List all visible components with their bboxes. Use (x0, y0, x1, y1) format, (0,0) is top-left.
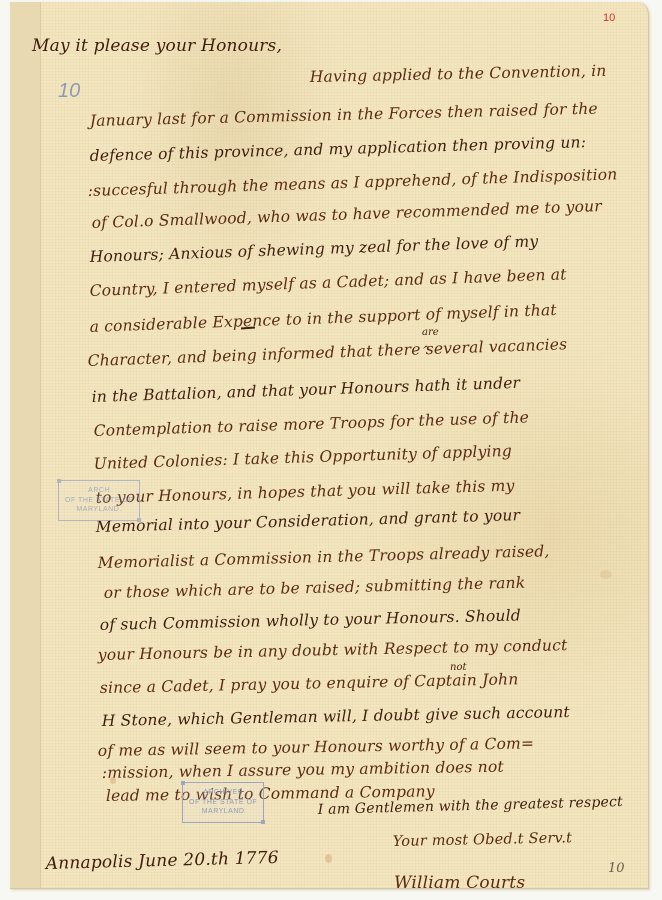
page-number-ink: 10 (608, 861, 625, 876)
body-line-14: Memorial into your Consideration, and gr… (95, 506, 520, 536)
body-line-9: Character, and being informed that there… (87, 335, 567, 370)
page-number-pencil: 10 (58, 80, 80, 103)
body-line-3: defence of this province, and my applica… (89, 133, 586, 165)
body-line-13: to your Honours, in hopes that you will … (95, 477, 514, 507)
body-line-22: :mission, when I assure you my ambition … (102, 758, 504, 782)
signature: William Courts (394, 873, 525, 893)
body-line-18: your Honours be in any doubt with Respec… (98, 636, 568, 664)
stain-spot (600, 570, 612, 579)
stamp-text-line-2: OF THE STATE OF (189, 798, 257, 808)
body-line-5: of Col.o Smallwood, who was to have reco… (91, 197, 602, 232)
body-line-20: H Stone, which Gentleman will, I doubt g… (102, 703, 570, 730)
archive-stamp: ARCHIVES OF THE STATE OF MARYLAND (182, 782, 264, 823)
body-line-2: January last for a Commission in the For… (90, 100, 598, 130)
body-line-12: United Colonies: I take this Opportunity… (93, 442, 512, 473)
body-line-16: or those which are to be raised; submitt… (104, 574, 526, 602)
stamp-text-line-1: ARCH (65, 486, 133, 496)
insertion-not: not (450, 662, 466, 673)
salutation: May it please your Honours, (32, 36, 282, 56)
stamp-text-line-2: OF THE STATE OF (65, 496, 133, 506)
caret-mark: ^ (422, 345, 430, 356)
body-line-11: Contemplation to raise more Troops for t… (93, 408, 529, 440)
left-margin-strip (10, 2, 41, 888)
stamp-text-line-3: MARYLAND. (65, 505, 133, 515)
body-line-21: of me as will seem to your Honours worth… (98, 734, 535, 760)
body-line-8: a considerable Expence to in the support… (89, 301, 557, 336)
body-line-19: since a Cadet, I pray you to enquire of … (100, 670, 519, 697)
body-line-4: :succesful through the means as I appreh… (87, 165, 617, 200)
ink-spot (325, 854, 332, 863)
page-number-red: 10 (603, 12, 615, 24)
body-line-10: in the Battalion, and that your Honours … (91, 374, 520, 406)
insertion-are: are (422, 327, 439, 338)
complimentary-close: Your most Obed.t Serv.t (393, 830, 573, 850)
letter-page: 10 10 10 May it please your Honours, Hav… (10, 2, 649, 889)
body-line-17: of such Commission wholly to your Honour… (100, 606, 522, 634)
place-and-date: Annapolis June 20.th 1776 (45, 848, 279, 874)
body-line-1: Having applied to the Convention, in (310, 62, 607, 86)
body-line-7: Country, I entered myself as a Cadet; an… (89, 265, 567, 300)
body-line-6: Honours; Anxious of shewing my zeal for … (89, 232, 538, 266)
body-line-15: Memorialist a Commission in the Troops a… (98, 542, 550, 572)
stamp-text-line-1: ARCHIVES (189, 788, 257, 798)
archive-stamp-partial: ARCH OF THE STATE OF MARYLAND. (58, 480, 140, 521)
stamp-text-line-3: MARYLAND (189, 807, 257, 817)
